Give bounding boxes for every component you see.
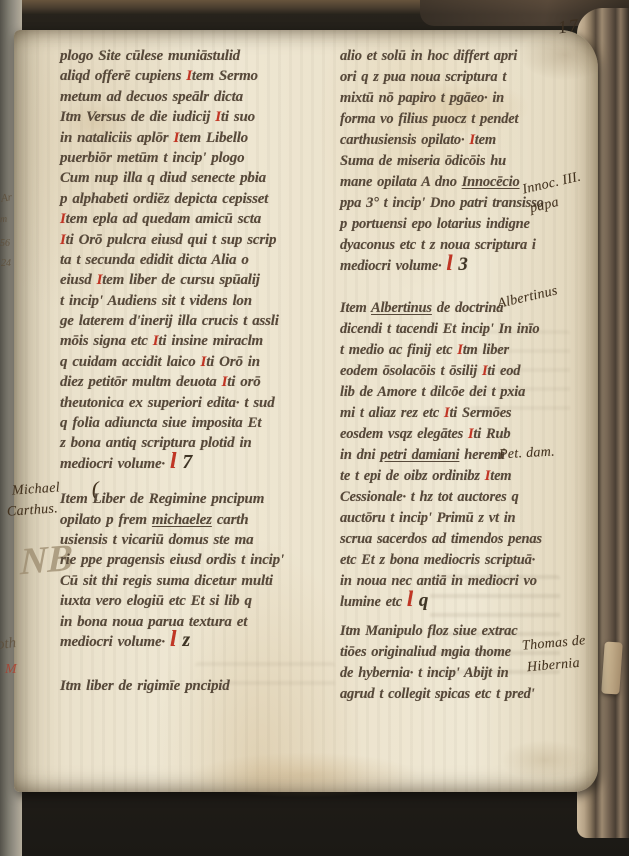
text-segment: p portuensi epo lotarius indigne	[340, 216, 530, 232]
text-segment: mediocri volume·	[60, 456, 170, 472]
text-segment: tem Libello	[179, 130, 248, 146]
text-line: forma vo filius puocz t pendet	[340, 109, 570, 130]
text-line: agrud t collegit spicas etc t pred'	[340, 684, 570, 705]
text-line: Item Liber de Regimine pncipum	[60, 489, 336, 509]
text-segment: Itm Versus de die iudicij	[60, 109, 215, 125]
text-segment: Innocēcio	[462, 174, 520, 190]
text-segment: Itm Manipulo floz siue extrac	[340, 623, 517, 639]
text-line: eiusd Item liber de cursu spūalij	[60, 270, 336, 290]
edge-fragment: Ar	[0, 191, 13, 204]
text-segment: scrua sacerdos ad timendos penas	[340, 531, 542, 547]
edge-fragment: oth	[0, 635, 17, 654]
text-line: lib de Amore t dilcōe dei t pxia	[340, 382, 570, 403]
text-segment: te t epi de oibz ordinibz	[340, 468, 485, 484]
text-segment: auctōru t incip' Primū z vt in	[340, 510, 515, 526]
text-segment: Item	[340, 300, 371, 316]
text-line: z bona antiq scriptura plotid in	[60, 433, 336, 453]
text-segment: ti Rub	[473, 426, 510, 442]
text-segment: ti insine miraclm	[158, 333, 263, 349]
text-line: auctōru t incip' Primū z vt in	[340, 508, 570, 529]
text-line: te t epi de oibz ordinibz Item	[340, 466, 570, 487]
text-segment: ta t secunda edidit dicta Alia o	[60, 252, 249, 268]
text-line: t incip' Audiens sit t videns lon	[60, 291, 336, 311]
text-line: opilato p frem michaelez carth	[60, 510, 336, 530]
text-line: dicendi t tacendi Et incip' In inīo	[340, 319, 570, 340]
text-segment: t incip' Audiens sit t videns lon	[60, 293, 252, 309]
text-segment: diez petitōr multm deuota	[60, 374, 222, 390]
text-segment: q cuidam accidit laico	[60, 354, 201, 370]
text-line: p portuensi epo lotarius indigne	[340, 214, 570, 235]
text-segment: q folia adiuncta siue imposita Et	[60, 415, 261, 431]
text-segment: tiōes originaliud mgia thome	[340, 644, 511, 660]
text-segment: petri damiani	[380, 447, 459, 463]
text-segment: lib de Amore t dilcōe dei t pxia	[340, 384, 525, 400]
text-segment: eosdem vsqz elegātes	[340, 426, 468, 442]
text-segment: Cessionale· t hz tot auctores q	[340, 489, 519, 505]
text-line: ori q z pua noua scriptura t	[340, 67, 570, 88]
text-segment: ori q z pua noua scriptura t	[340, 69, 506, 85]
edge-fragment: 56	[0, 238, 10, 249]
text-line: Suma de miseria ōdicōis hu	[340, 151, 570, 172]
text-segment: ppa 3° t incip' Dno patri transisso	[340, 195, 544, 211]
text-line: mediocri volume· l z	[60, 632, 336, 652]
text-line: mi t aliaz rez etc Iti Sermōes	[340, 403, 570, 424]
text-segment: usiensis t vicariū domus ste ma	[60, 532, 253, 548]
text-segment: lumine etc	[340, 594, 407, 610]
text-line: Cū sit thi regis suma dicetur multi	[60, 571, 336, 591]
edge-fragment: M	[5, 662, 17, 678]
text-segment: ge laterem d'inerij illa crucis t assli	[60, 313, 279, 329]
text-line: rie ppe pragensis eiusd ordis t incip'	[60, 550, 336, 570]
text-line: puerbiōr metūm t incip' plogo	[60, 148, 336, 168]
text-line: ge laterem d'inerij illa crucis t assli	[60, 311, 336, 331]
text-segment: ti Orō pulcra eiusd qui t sup scrip	[66, 232, 277, 248]
text-segment: z bona antiq scriptura plotid in	[60, 435, 252, 451]
text-segment: Cum nup illa q diud senecte pbia	[60, 170, 266, 186]
text-line: diez petitōr multm deuota Iti orō	[60, 372, 336, 392]
text-line: in nataliciis aplōr Item Libello	[60, 128, 336, 148]
text-line: aliqd offerē cupiens Item Sermo	[60, 66, 336, 86]
text-segment: mōis signa etc	[60, 333, 153, 349]
text-segment: ti Orō in	[206, 354, 260, 370]
text-line: Itm liber de rigimīe pncipid	[60, 676, 336, 696]
text-segment: puerbiōr metūm t incip' plogo	[60, 150, 244, 166]
text-segment: tem liber de cursu spūalij	[102, 272, 259, 288]
text-segment: p alphabeti ordiēz depicta cepisset	[60, 191, 268, 207]
text-segment: Item Liber de Regimine pncipum	[60, 491, 264, 507]
text-line: alio et solū in hoc differt apri	[340, 46, 570, 67]
text-segment: dyaconus etc t z noua scriptura i	[340, 237, 536, 253]
text-line: Cessionale· t hz tot auctores q	[340, 487, 570, 508]
manuscript-photo: 17 NB ( plogo Site cūlese muniāstulidali…	[0, 0, 629, 856]
text-line: Item epla ad quedam amicū scta	[60, 209, 336, 229]
text-segment: michaelez	[152, 512, 212, 528]
text-segment: mi t aliaz rez etc	[340, 405, 444, 421]
edge-fragment: m	[0, 214, 8, 225]
text-segment: Suma de miseria ōdicōis hu	[340, 153, 506, 169]
text-segment: opilato p frem	[60, 512, 152, 528]
text-segment: ti orō	[227, 374, 260, 390]
text-line: lumine etc l q	[340, 592, 570, 613]
text-segment: de hybernia· t incip' Abijt in	[340, 665, 509, 681]
folio-number: 17	[557, 15, 582, 39]
text-segment: carthusiensis opilato·	[340, 132, 469, 148]
text-segment: agrud t collegit spicas etc t pred'	[340, 686, 535, 702]
text-line: in noua nec antiā in mediocri vo	[340, 571, 570, 592]
text-segment: iuxta vero elogiū etc Et si lib q	[60, 593, 252, 609]
text-line: theutonica ex superiori edita· t sud	[60, 393, 336, 413]
text-line: q cuidam accidit laico Iti Orō in	[60, 352, 336, 372]
text-segment: mediocri volume·	[340, 258, 446, 274]
price-mark: 7	[176, 452, 192, 473]
text-segment: mane opilata A dno	[340, 174, 462, 190]
text-line: mixtū nō papiro t pgāeo· in	[340, 88, 570, 109]
text-segment: t medio ac finij etc	[340, 342, 457, 358]
text-segment: tem	[475, 132, 496, 148]
text-segment: tem	[490, 468, 511, 484]
text-segment: tem Sermo	[192, 68, 258, 84]
text-segment: in nataliciis aplōr	[60, 130, 173, 146]
text-segment: in bona noua parua textura et	[60, 614, 247, 630]
text-line: usiensis t vicariū domus ste ma	[60, 530, 336, 550]
text-line: mōis signa etc Iti insine miraclm	[60, 331, 336, 351]
text-line: eodem ōsolacōis t ōsilij Iti eod	[340, 361, 570, 382]
text-line: etc Et z bona mediocris scriptuā·	[340, 550, 570, 571]
text-segment: Cū sit thi regis suma dicetur multi	[60, 573, 273, 589]
text-line: Cum nup illa q diud senecte pbia	[60, 168, 336, 188]
manuscript-column-right: alio et solū in hoc differt apriori q z …	[340, 46, 570, 705]
text-segment: eodem ōsolacōis t ōsilij	[340, 363, 482, 379]
text-line: metum ad decuos speālr dicta	[60, 87, 336, 107]
text-line: Itm Versus de die iudicij Iti suo	[60, 107, 336, 127]
text-segment: eiusd	[60, 272, 97, 288]
text-segment: aliqd offerē cupiens	[60, 68, 186, 84]
text-line: mediocri volume· l 7	[60, 454, 336, 474]
text-segment: Albertinus	[371, 300, 432, 316]
manuscript-column-left: plogo Site cūlese muniāstulidaliqd offer…	[60, 46, 336, 697]
text-segment: in noua nec antiā in mediocri vo	[340, 573, 537, 589]
text-segment: in dni	[340, 447, 380, 463]
catalog-entry: Item Liber de Regimine pncipumopilato p …	[60, 489, 336, 652]
text-segment: tm liber	[463, 342, 509, 358]
text-line: carthusiensis opilato· Item	[340, 130, 570, 151]
text-segment: de doctrina	[432, 300, 504, 316]
text-line: t medio ac finij etc Itm liber	[340, 340, 570, 361]
text-line: p alphabeti ordiēz depicta cepisset	[60, 189, 336, 209]
text-segment: ti Sermōes	[449, 405, 511, 421]
text-segment: ti suo	[221, 109, 255, 125]
catalog-entry: plogo Site cūlese muniāstulidaliqd offer…	[60, 46, 336, 474]
catalog-entry: alio et solū in hoc differt apriori q z …	[340, 46, 570, 277]
text-segment: plogo Site cūlese muniāstulid	[60, 48, 240, 64]
margin-note-left-0: Michael	[12, 480, 61, 499]
text-segment: carth	[212, 512, 249, 528]
text-line: scrua sacerdos ad timendos penas	[340, 529, 570, 550]
text-segment: alio et solū in hoc differt apri	[340, 48, 517, 64]
edge-fragment: 24	[1, 258, 11, 269]
margin-note-right-3: Pet. dam.	[499, 445, 556, 464]
text-segment: theutonica ex superiori edita· t sud	[60, 395, 275, 411]
text-line: mediocri volume· l 3	[340, 256, 570, 277]
catalog-entry: Itm liber de rigimīe pncipid	[60, 676, 336, 696]
text-segment: dicendi t tacendi Et incip' In inīo	[340, 321, 539, 337]
text-segment: forma vo filius puocz t pendet	[340, 111, 518, 127]
text-segment: mediocri volume·	[60, 634, 170, 650]
text-line: eosdem vsqz elegātes Iti Rub	[340, 424, 570, 445]
text-segment: metum ad decuos speālr dicta	[60, 89, 243, 105]
price-mark: q	[413, 590, 428, 611]
price-mark: 3	[452, 254, 467, 275]
text-line: plogo Site cūlese muniāstulid	[60, 46, 336, 66]
text-segment: Itm liber de rigimīe pncipid	[60, 678, 230, 694]
text-line: Iti Orō pulcra eiusd qui t sup scrip	[60, 230, 336, 250]
text-segment: rie ppe pragensis eiusd ordis t incip'	[60, 552, 284, 568]
text-segment: mixtū nō papiro t pgāeo· in	[340, 90, 504, 106]
text-line: q folia adiuncta siue imposita Et	[60, 413, 336, 433]
text-segment: tem epla ad quedam amicū scta	[66, 211, 261, 227]
text-line: ta t secunda edidit dicta Alia o	[60, 250, 336, 270]
text-line: dyaconus etc t z noua scriptura i	[340, 235, 570, 256]
text-segment: ti eod	[487, 363, 520, 379]
text-line: iuxta vero elogiū etc Et si lib q	[60, 591, 336, 611]
price-mark: z	[176, 630, 190, 651]
text-line: in bona noua parua textura et	[60, 612, 336, 632]
page-stack-tab	[601, 641, 623, 694]
text-segment: etc Et z bona mediocris scriptuā·	[340, 552, 535, 568]
